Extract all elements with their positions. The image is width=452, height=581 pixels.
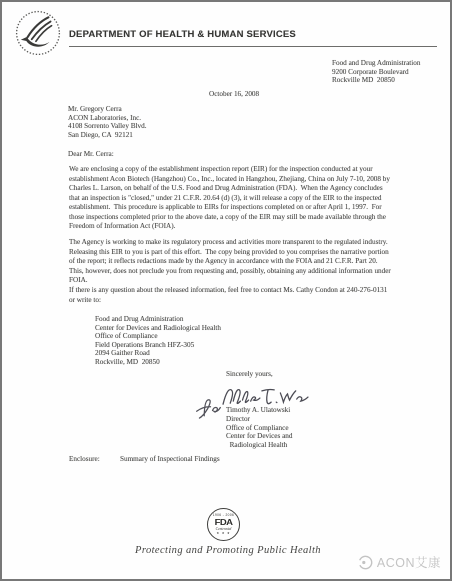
closing-phrase: Sincerely yours, [226, 370, 273, 378]
handwritten-signature [221, 384, 309, 408]
signer-line: Radiological Health [226, 441, 292, 450]
paragraph-line: or write to: [69, 296, 439, 306]
acon-logo-icon [358, 555, 373, 570]
agency-address-block: Food and Drug Administration9200 Corpora… [332, 59, 420, 85]
paragraph-line: those inspections completed prior to the… [69, 213, 439, 223]
enclosure-row: Enclosure: Summary of Inspectional Findi… [69, 455, 100, 463]
paragraph-line: Releasing this EIR to you is part of thi… [69, 248, 439, 258]
recipient-address-block: Mr. Gregory CerraACON Laboratories, Inc.… [68, 105, 147, 139]
paragraph-line: FOIA. [69, 276, 439, 286]
department-title: DEPARTMENT OF HEALTH & HUMAN SERVICES [69, 29, 296, 40]
seal-stars: ★ ★ ★ [216, 532, 230, 535]
handwritten-for-annotation [192, 395, 223, 420]
paragraph-line: Freedom of Information Act (FOIA). [69, 222, 439, 232]
signer-line: Timothy A. Ulatowski [226, 406, 292, 415]
agency-address-line: Rockville MD 20850 [332, 76, 420, 85]
paragraph-line: establishment Acon Biotech (Hangzhou) Co… [69, 175, 439, 185]
signer-line: Director [226, 415, 292, 424]
recipient-line: San Diego, CA 92121 [68, 131, 147, 140]
hhs-eagle-logo-icon [14, 9, 62, 57]
signer-line: Center for Devices and [226, 432, 292, 441]
scanned-letter-page: DEPARTMENT OF HEALTH & HUMAN SERVICES Fo… [0, 0, 452, 581]
paragraph-line: establishment. This procedure is applica… [69, 203, 439, 213]
paragraph-line: of the report; it reflects redactions ma… [69, 257, 439, 267]
agency-address-line: Food and Drug Administration [332, 59, 420, 68]
recipient-line: Mr. Gregory Cerra [68, 105, 147, 114]
contact-address-line: Office of Compliance [95, 332, 221, 341]
enclosure-value: Summary of Inspectional Findings [120, 455, 220, 463]
paragraph-line: If there is any question about the relea… [69, 286, 439, 296]
paragraph-line: that an inspection is "closed," under 21… [69, 194, 439, 204]
contact-address-line: Food and Drug Administration [95, 315, 221, 324]
enclosure-label: Enclosure: [69, 455, 100, 463]
recipient-line: ACON Laboratories, Inc. [68, 114, 147, 123]
paragraph-line: Charles L. Larson, on behalf of the U.S.… [69, 184, 439, 194]
contact-address-line: Rockville, MD 20850 [95, 358, 221, 367]
contact-address-line: Center for Devices and Radiological Heal… [95, 324, 221, 333]
paragraph-line: The Agency is working to make its regula… [69, 238, 439, 248]
seal-fda-acronym: FDA [215, 518, 233, 527]
paragraph-line: We are enclosing a copy of the establish… [69, 165, 439, 175]
fda-centennial-seal: 1906 - 2006 FDA Centennial ★ ★ ★ [207, 508, 240, 541]
agency-address-line: 9200 Corporate Boulevard [332, 68, 420, 77]
watermark-text: ACON艾康 [377, 553, 441, 571]
header-divider [69, 46, 437, 47]
recipient-line: 4108 Sorrento Valley Blvd. [68, 122, 147, 131]
paragraph-line: This, however, does not preclude you fro… [69, 267, 439, 277]
paragraph-transparency: The Agency is working to make its regula… [69, 238, 439, 286]
contact-address-line: 2094 Gaither Road [95, 349, 221, 358]
paragraph-eir-release: We are enclosing a copy of the establish… [69, 165, 439, 232]
paragraph-contact: If there is any question about the relea… [69, 286, 439, 305]
letter-date: October 16, 2008 [209, 90, 259, 98]
salutation: Dear Mr. Cerra: [68, 150, 114, 158]
acon-watermark: ACON艾康 [358, 553, 441, 571]
signer-identity-block: Timothy A. UlatowskiDirectorOffice of Co… [226, 406, 292, 450]
fda-contact-address-block: Food and Drug AdministrationCenter for D… [95, 315, 221, 367]
